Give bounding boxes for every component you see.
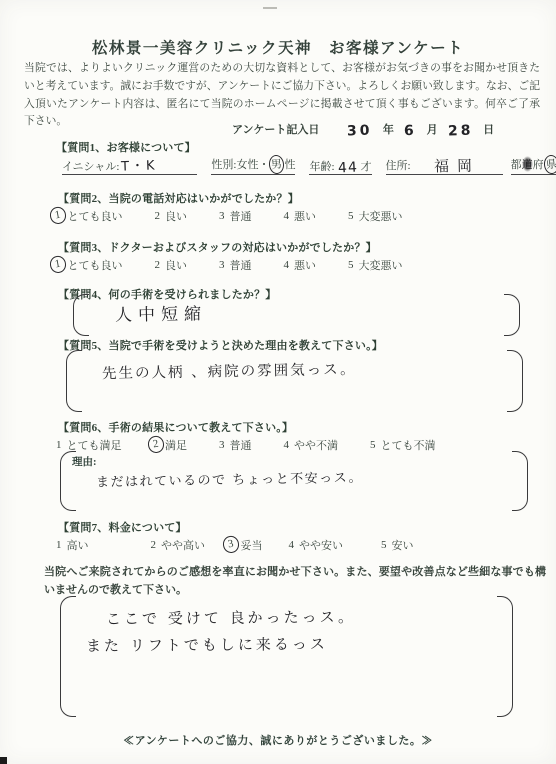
handwritten-q5-answer: 先生の人柄 、病院の雰囲気っス。 bbox=[102, 358, 357, 383]
scan-artifact-top bbox=[263, 7, 277, 9]
day-unit: 日 bbox=[483, 121, 494, 137]
question-5-answer-box: 先生の人柄 、病院の雰囲気っス。 bbox=[66, 350, 523, 412]
handwritten-q4-answer: 人中短縮 bbox=[115, 299, 207, 326]
right-bracket bbox=[512, 451, 528, 511]
option: 5大変悪い bbox=[348, 207, 403, 224]
option: 5安い bbox=[381, 536, 414, 553]
handwritten-day: 28 bbox=[447, 123, 473, 140]
option-number: 5 bbox=[348, 210, 354, 222]
option-label: 大変悪い bbox=[359, 208, 403, 224]
left-bracket bbox=[60, 596, 76, 717]
option: 3普通 bbox=[219, 207, 252, 224]
right-bracket bbox=[507, 350, 523, 412]
option: 4やや安い bbox=[289, 536, 344, 553]
question-6-reason-box: 理由: まだはれているので ちょっと不安っス。 bbox=[60, 451, 528, 511]
option-number: 4 bbox=[284, 439, 290, 451]
month-unit: 月 bbox=[427, 121, 438, 137]
option-number: 2 bbox=[151, 539, 157, 551]
question-2-options: 1とても良い 2良い 3普通 4悪い 5大変悪い bbox=[56, 207, 403, 224]
option-number: 1 bbox=[56, 439, 62, 451]
gender-separator: ・ bbox=[258, 159, 269, 171]
option-number: 4 bbox=[284, 210, 290, 222]
option-label: 悪い bbox=[294, 257, 316, 273]
right-bracket bbox=[504, 294, 520, 336]
option-number: 3 bbox=[219, 439, 225, 451]
date-row: アンケート記入日 30 年 6 月 28 日 bbox=[232, 121, 500, 137]
option: 2やや高い bbox=[151, 536, 206, 553]
handwritten-address: 福岡 bbox=[410, 154, 502, 177]
option-label: 悪い bbox=[294, 208, 316, 224]
option-number: 5 bbox=[381, 539, 387, 551]
feedback-answer-box: ここで 受けて 良かったっス。 また リフトでもしに来るっス bbox=[60, 596, 513, 717]
handwritten-q6-reason: まだはれているので ちょっと不安っス。 bbox=[96, 467, 363, 491]
option-label: 安い bbox=[392, 537, 414, 553]
option-label: 良い bbox=[165, 257, 187, 273]
reason-label: 理由: bbox=[72, 454, 97, 469]
age-field: 年齢:44才 bbox=[309, 158, 371, 175]
option: 2良い bbox=[155, 256, 188, 273]
option-number: 3 bbox=[222, 535, 240, 554]
option-number: 1 bbox=[56, 539, 62, 551]
survey-scan-page: 松林景一美容クリニック天神 お客様アンケート 当院では、よりよいクリニック運営の… bbox=[0, 0, 556, 764]
pref-dou-scribbled: 道 bbox=[522, 156, 533, 172]
question-3-header: 【質問3、ドクターおよびスタッフの対応はいかがでしたか？】 bbox=[58, 239, 377, 255]
scan-artifact-bottom bbox=[0, 757, 7, 764]
left-bracket bbox=[73, 294, 89, 336]
option-number: 1 bbox=[49, 206, 67, 225]
prefecture-selector: 都道府県 bbox=[511, 155, 556, 175]
option-number: 5 bbox=[348, 259, 354, 271]
age-unit: 才 bbox=[361, 161, 372, 173]
left-bracket bbox=[66, 350, 82, 412]
option-label: やや安い bbox=[299, 537, 343, 553]
option: 3妥当 bbox=[229, 536, 263, 553]
handwritten-month: 6 bbox=[404, 123, 417, 139]
option-label: 普通 bbox=[230, 257, 252, 273]
question-3-options: 1とても良い 2良い 3普通 4悪い 5大変悪い bbox=[56, 256, 403, 273]
option-number: 1 bbox=[49, 255, 67, 274]
option-label: 良い bbox=[165, 208, 187, 224]
option-number: 5 bbox=[370, 439, 376, 451]
option: 2良い bbox=[155, 207, 188, 224]
pref-to: 都 bbox=[511, 159, 522, 171]
option-label: とても良い bbox=[68, 208, 123, 224]
option: 1高い bbox=[56, 536, 89, 553]
option: 4悪い bbox=[284, 256, 317, 273]
handwritten-age: 44 bbox=[334, 159, 361, 176]
date-label: アンケート記入日 bbox=[232, 121, 319, 137]
question-2-header: 【質問2、当院の電話対応はいかがでしたか？】 bbox=[58, 190, 299, 206]
gender-field: 性別:女性・男性 bbox=[211, 155, 295, 175]
age-label: 年齢: bbox=[309, 161, 334, 173]
option: 4悪い bbox=[284, 207, 317, 224]
option: 1とても良い bbox=[56, 207, 123, 224]
option-number: 2 bbox=[155, 210, 161, 222]
initial-blank: T・K bbox=[119, 155, 197, 174]
handwritten-year: 30 bbox=[347, 123, 373, 140]
handwritten-feedback-line2: また リフトでもしに来るっス bbox=[86, 633, 328, 656]
question-7-header: 【質問7、料金について】 bbox=[58, 519, 187, 535]
gender-male-circled: 男 bbox=[269, 154, 286, 174]
option: 5大変悪い bbox=[348, 256, 403, 273]
option-number: 3 bbox=[219, 259, 225, 271]
option: 1とても良い bbox=[56, 256, 123, 273]
option-label: とても良い bbox=[68, 257, 123, 273]
feedback-prompt: 当院へご来院されてからのご感想を率直にお聞かせ下さい。また、要望や改善点など些細… bbox=[44, 563, 546, 599]
option-label: 大変悪い bbox=[359, 257, 403, 273]
question-1-fields: イニシャル:T・K 性別:女性・男性 年齢:44才 住所:福岡 都道府県 bbox=[62, 153, 556, 175]
option-label: 高い bbox=[67, 537, 89, 553]
option-label: やや高い bbox=[161, 537, 205, 553]
question-6-header: 【質問6、手術の結果について教えて下さい。】 bbox=[58, 419, 293, 435]
handwritten-initial: T・K bbox=[119, 154, 157, 174]
initial-field: イニシャル:T・K bbox=[62, 155, 197, 175]
option-label: 妥当 bbox=[241, 537, 263, 553]
address-label: 住所: bbox=[386, 160, 411, 172]
gender-female: 女性 bbox=[236, 159, 258, 171]
option-number: 4 bbox=[284, 259, 290, 271]
option-number: 4 bbox=[289, 539, 295, 551]
initial-label: イニシャル: bbox=[62, 161, 119, 173]
right-bracket bbox=[497, 596, 513, 717]
gender-label: 性別: bbox=[211, 159, 236, 171]
closing-message: ≪アンケートへのご協力、誠にありがとうございました。≫ bbox=[0, 732, 556, 748]
address-field: 住所:福岡 bbox=[386, 153, 503, 175]
option: 3普通 bbox=[219, 256, 252, 273]
page-title: 松林景一美容クリニック天神 お客様アンケート bbox=[0, 36, 556, 58]
pref-ken-circled: 県 bbox=[543, 154, 556, 174]
question-7-options: 1高い 2やや高い 3妥当 4やや安い 5安い bbox=[56, 536, 414, 553]
gender-male-rest: 性 bbox=[284, 159, 295, 171]
question-4-answer-box: 人中短縮 bbox=[73, 294, 520, 336]
year-unit: 年 bbox=[383, 121, 394, 137]
option-number: 3 bbox=[219, 210, 225, 222]
pref-fu: 府 bbox=[533, 159, 544, 171]
option-label: 普通 bbox=[230, 208, 252, 224]
option-number: 2 bbox=[155, 259, 161, 271]
handwritten-feedback-line1: ここで 受けて 良かったっス。 bbox=[106, 606, 356, 629]
